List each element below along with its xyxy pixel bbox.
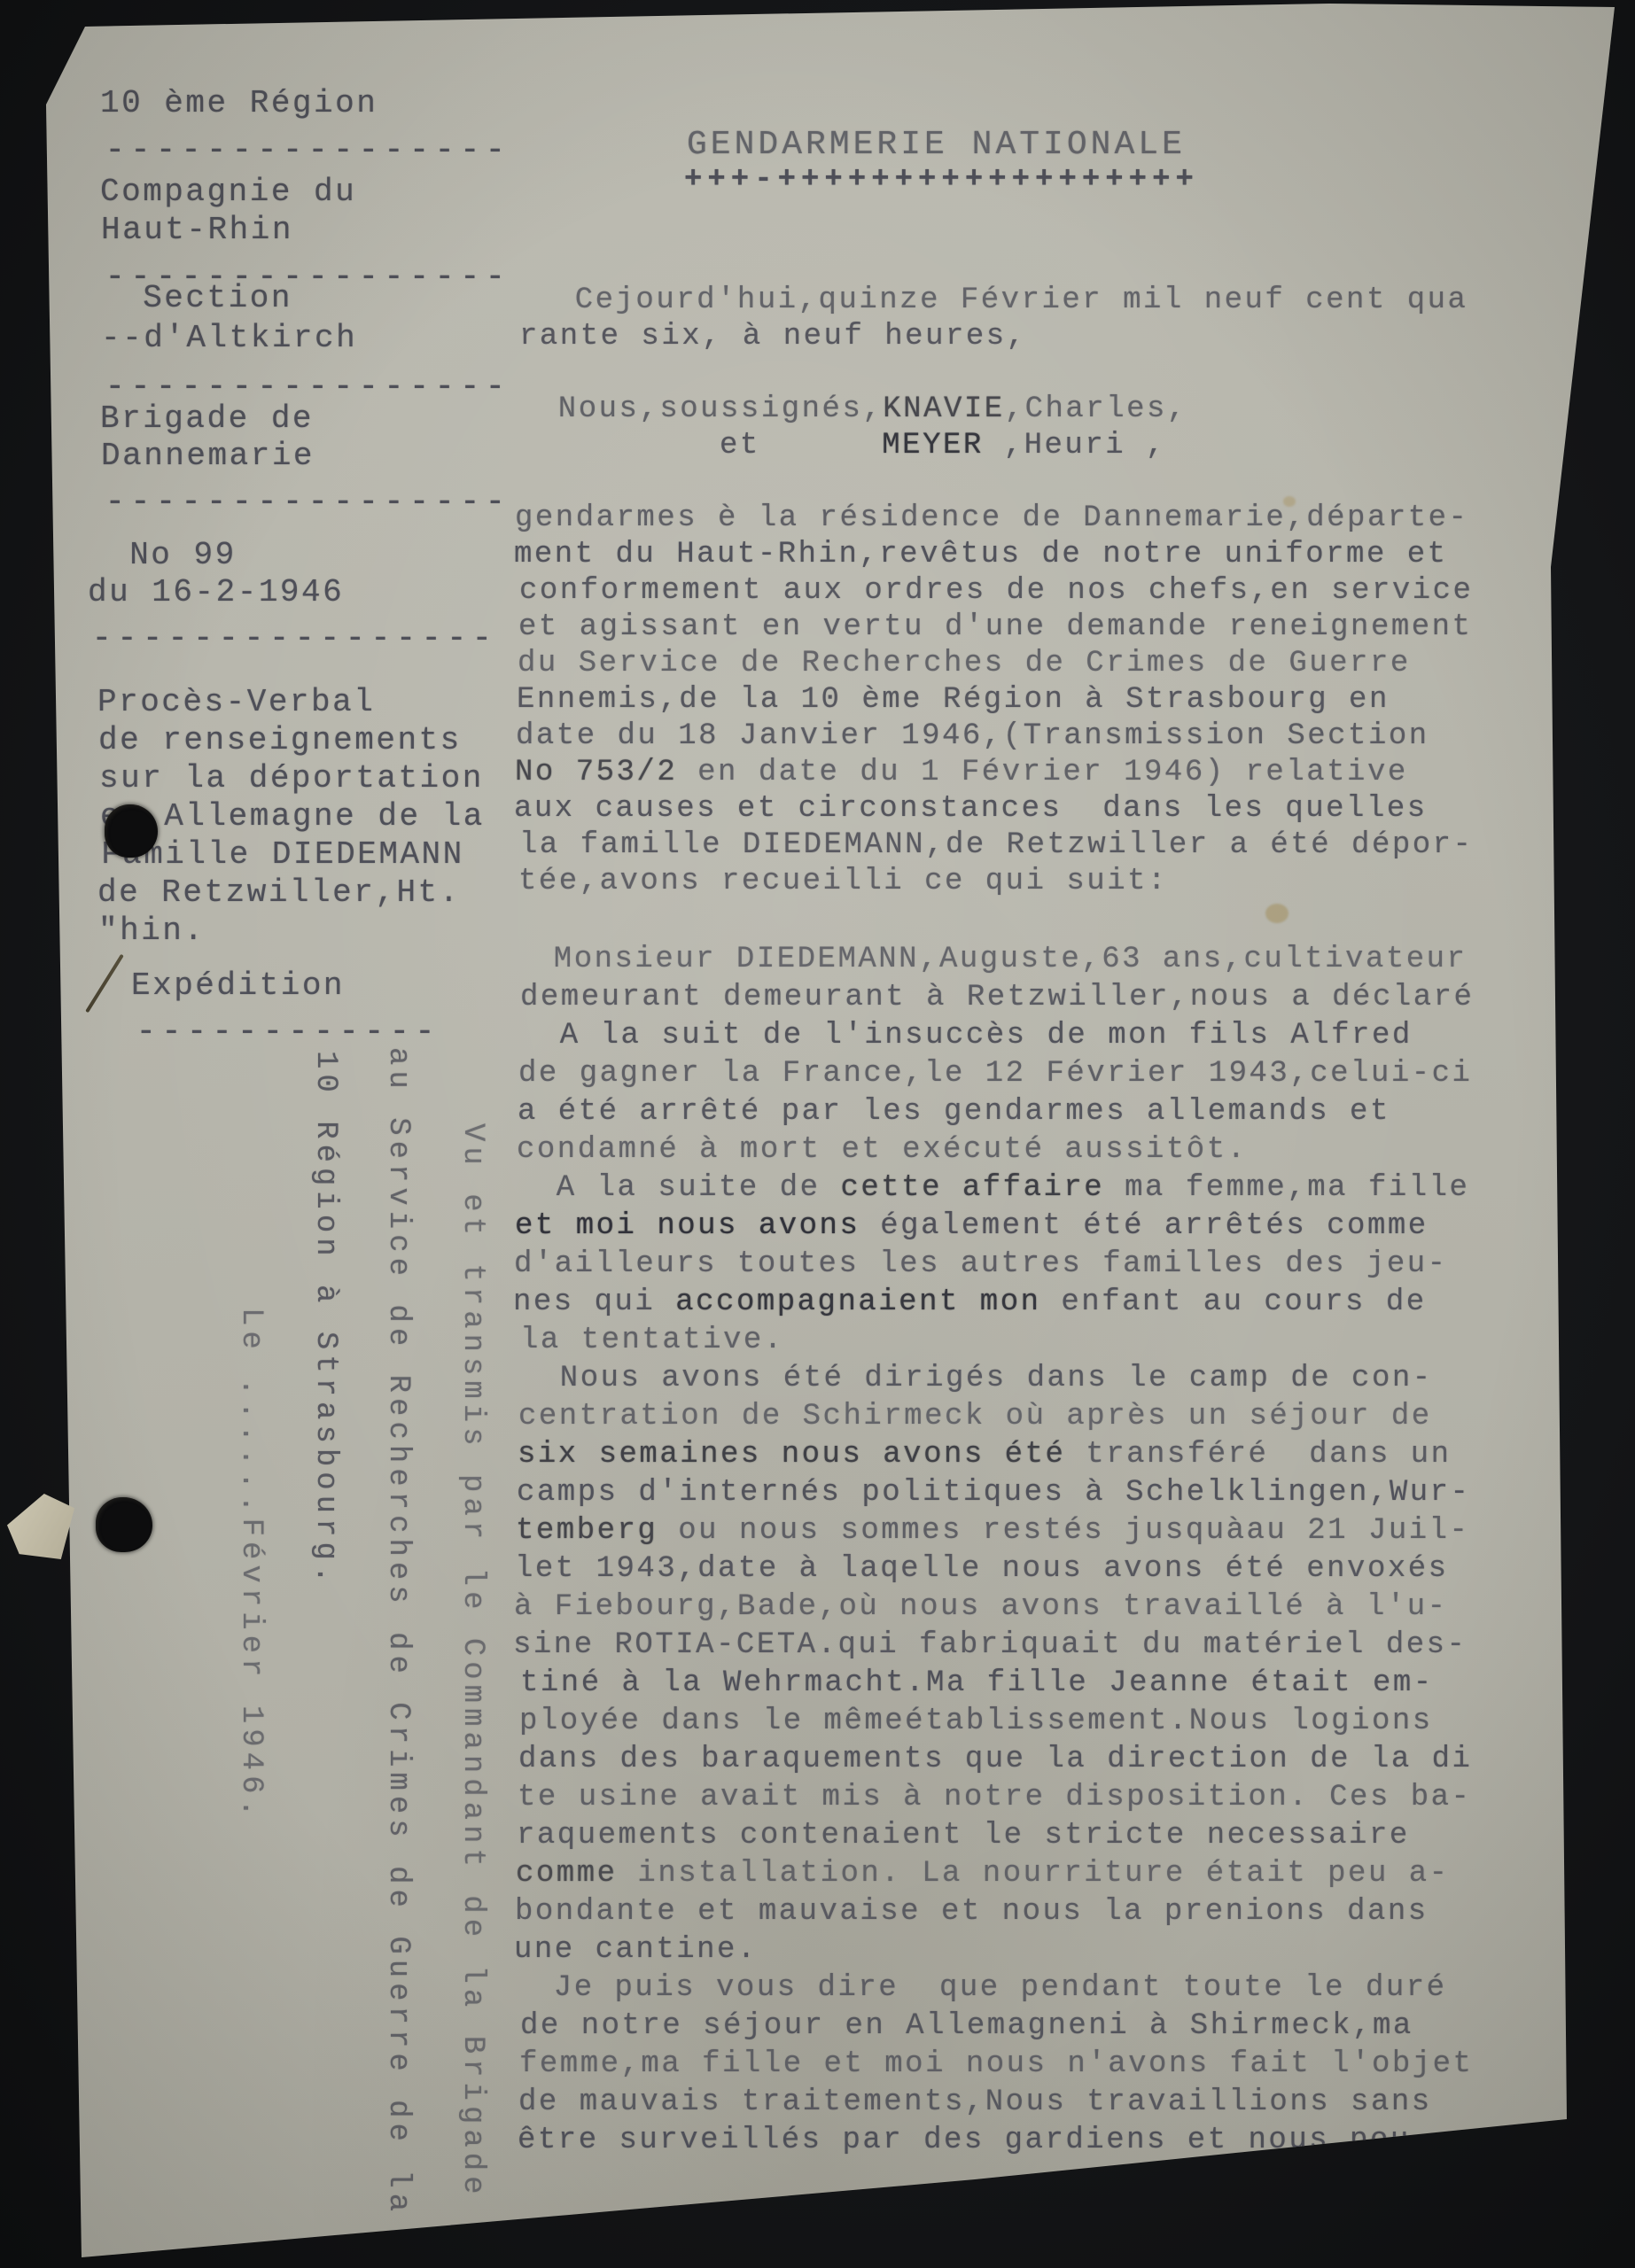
document-photo: GENDARMERIE NATIONALE +++-++++++++++++++… <box>0 0 1635 2268</box>
main-text-line: condamné à mort et exécuté aussitôt. <box>517 1133 1248 1167</box>
main-text-line: camps d'internés politiques à Schelkling… <box>517 1476 1470 1510</box>
main-text-line: let 1943,date à laqelle nous avons été e… <box>515 1552 1449 1586</box>
dashed-separator: ---------------- <box>105 373 511 400</box>
punch-hole-bottom <box>96 1497 152 1552</box>
main-text-line: centration de Schirmeck où après un séjo… <box>518 1400 1432 1433</box>
sidebar-line: --d'Altkirch <box>101 320 357 356</box>
main-text-line: et agissant en vertu d'une demande renei… <box>518 610 1472 644</box>
main-text-line: tiné à la Wehrmacht.Ma fille Jeanne étai… <box>520 1666 1434 1700</box>
sidebar-line: Expédition <box>131 967 345 1004</box>
main-text-line: temberg ou nous sommes restés jusquàau 2… <box>516 1514 1469 1548</box>
sidebar-line: en Allemagne de la <box>100 798 485 835</box>
page-title: GENDARMERIE NATIONALE <box>687 126 1186 164</box>
main-text-line: A la suite de cette affaire ma femme,ma … <box>516 1171 1469 1205</box>
sidebar-line: Haut-Rhin <box>101 212 293 248</box>
main-text-line: d'ailleurs toutes les autres familles de… <box>514 1247 1448 1281</box>
sidebar-line: Compagnie du <box>100 174 356 210</box>
main-text-line: te usine avait mis à notre disposition. … <box>518 1781 1471 1814</box>
sidebar-line: Section <box>100 280 292 316</box>
paper-stain <box>1265 904 1289 923</box>
main-text-line: Je puis vous dire que pendant toute le d… <box>513 1971 1447 2005</box>
sidebar-line: de renseignements <box>98 722 462 758</box>
main-text-line: gendarmes è la résidence de Dannemarie,d… <box>515 501 1468 535</box>
sidebar-line: Procès-Verbal <box>97 684 375 720</box>
torn-paper-chip <box>7 1494 74 1559</box>
main-text-line: comme installation. La nourriture était … <box>516 1857 1450 1891</box>
main-text-line: et moi nous avons également été arrêtés … <box>515 1209 1429 1243</box>
main-text-line: Nous avons été dirigés dans le camp de c… <box>519 1362 1433 1395</box>
main-text-line: la famille DIEDEMANN,de Retzwiller a été… <box>519 828 1473 862</box>
main-text-line: dans des baraquements que la direction d… <box>518 1743 1472 1776</box>
main-text-line: No 753/2 en date du 1 Février 1946) rela… <box>515 756 1408 789</box>
margin-annotation-line: au Service de Recherches de Crimes de Gu… <box>381 1047 415 2217</box>
main-text-line: raquements contenaient le stricte necess… <box>517 1819 1410 1852</box>
main-text-line: être surveillés par des gardiens et nous… <box>518 2124 1431 2157</box>
dashed-separator: ------------ <box>136 1018 440 1045</box>
main-text-line: Nous,soussignés,KNAVIE,Charles, <box>518 392 1187 426</box>
main-text-line: la tentative. <box>520 1324 784 1357</box>
sidebar-line: 10 ème Région <box>100 85 378 121</box>
main-text-line: à Fiebourg,Bade,où nous avons travaillé … <box>514 1590 1448 1624</box>
main-text-line: conformement aux ordres de nos chefs,en … <box>519 574 1473 608</box>
dashed-separator: ---------------- <box>105 488 511 516</box>
main-text-line: de gagner la France,le 12 Février 1943,c… <box>518 1057 1472 1091</box>
main-text-line: sine ROTIA-CETA.qui fabriquait du matéri… <box>513 1628 1467 1662</box>
main-text-line: une cantine. <box>514 1933 758 1967</box>
main-text-line: demeurant demeurant à Retzwiller,nous a … <box>520 981 1474 1014</box>
main-text-line: a été arrêté par les gendarmes allemands… <box>518 1095 1390 1129</box>
margin-annotation-line: Le ......Février 1946. <box>234 1308 268 1822</box>
sidebar-line: du 16-2-1946 <box>88 574 344 610</box>
main-text-line: tée,avons recueilli ce qui suit: <box>518 865 1168 898</box>
punch-hole-top <box>105 804 158 858</box>
margin-annotation-line: 10 Région à Strasbourg. <box>308 1051 342 1588</box>
main-text-line: aux causes et circonstances dans les que… <box>514 792 1428 826</box>
main-text-line: date du 18 Janvier 1946,(Transmission Se… <box>516 719 1429 753</box>
sidebar-line: de Retzwiller,Ht. <box>97 874 461 911</box>
main-text-line: six semaines nous avons été transféré da… <box>518 1438 1452 1472</box>
main-text-line: de notre séjour en Allemagneni à Shirmec… <box>520 2009 1413 2043</box>
handwritten-tally-mark <box>85 954 124 1014</box>
main-text-line: A la suit de l'insuccès de mon fils Alfr… <box>519 1019 1413 1052</box>
dashed-separator: ---------------- <box>105 136 511 164</box>
margin-annotation-line: Vu et transmis par le Commandant de la B… <box>455 1123 489 2200</box>
main-text-line: rante six, à neuf heures, <box>519 320 1027 353</box>
main-text-line: ployée dans le mêmeétablissement.Nous lo… <box>519 1705 1433 1738</box>
sidebar-line: No 99 <box>87 537 237 573</box>
sidebar-line: "hin. <box>98 913 206 949</box>
sidebar-line: sur la déportation <box>99 760 484 796</box>
main-text-line: nes qui accompagnaient mon enfant au cou… <box>513 1285 1427 1319</box>
sidebar-line: Dannemarie <box>101 438 315 474</box>
paper-sheet: GENDARMERIE NATIONALE +++-++++++++++++++… <box>0 0 1635 2268</box>
main-text-line: Monsieur DIEDEMANN,Auguste,63 ans,cultiv… <box>513 943 1467 976</box>
main-text-line: Cejourd'hui,quinze Février mil neuf cent… <box>514 283 1468 317</box>
main-text-line: Ennemis,de la 10 ème Région à Strasbourg… <box>517 683 1390 717</box>
main-text-line: femme,ma fille et moi nous n'avons fait … <box>519 2047 1473 2081</box>
sidebar-line: Brigade de <box>100 400 314 437</box>
dashed-separator: ---------------- <box>92 625 498 652</box>
title-underline: +++-++++++++++++++++++ <box>684 163 1199 197</box>
main-text-line: et MEYER ,Heuri , <box>517 429 1166 462</box>
main-text-line: ment du Haut-Rhin,revêtus de notre unifo… <box>514 538 1448 571</box>
main-text-line: de mauvais traitements,Nous travaillions… <box>518 2085 1432 2119</box>
main-text-line: bondante et mauvaise et nous la prenions… <box>515 1895 1429 1929</box>
main-text-line: du Service de Recherches de Crimes de Gu… <box>518 647 1411 680</box>
